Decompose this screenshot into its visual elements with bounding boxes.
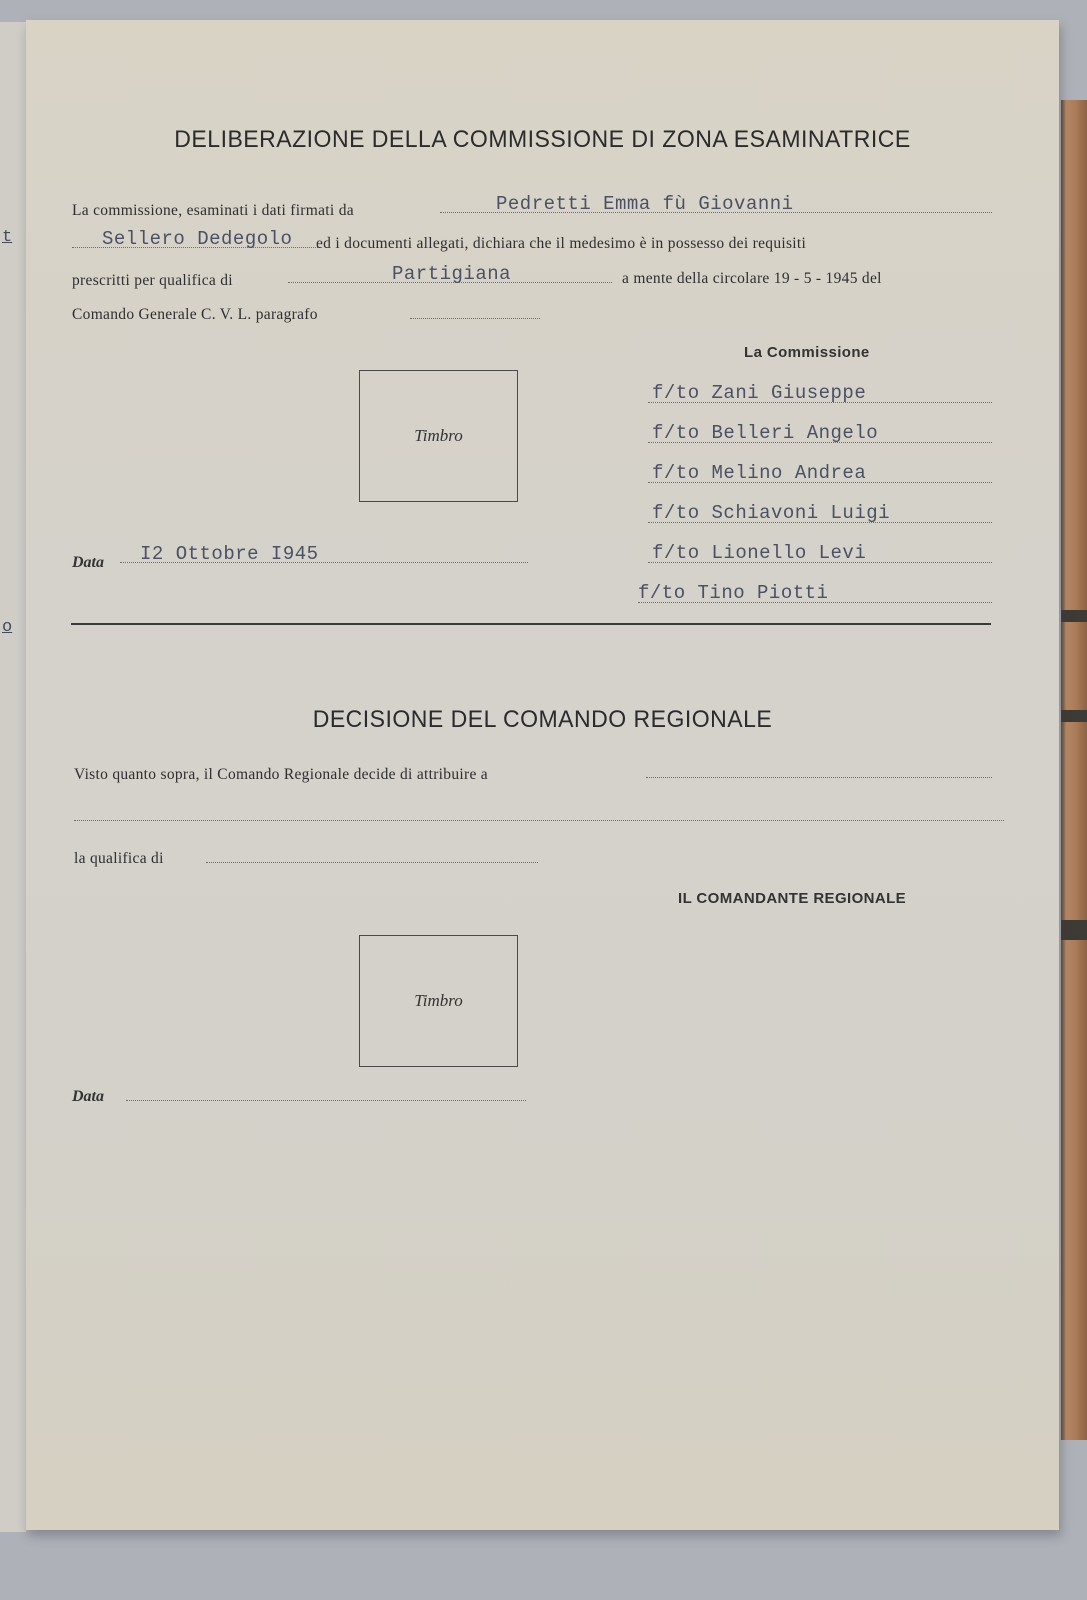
stamp-box-2: Timbro (359, 935, 518, 1067)
section1-line4-label: Comando Generale C. V. L. paragrafo (72, 306, 318, 324)
section1-title: DELIBERAZIONE DELLA COMMISSIONE DI ZONA … (47, 126, 1039, 154)
signature-line[interactable]: f/to Schiavoni Luigi (648, 500, 992, 523)
section2-title: DECISIONE DEL COMANDO REGIONALE (47, 706, 1039, 734)
section1-line3-label: prescritti per qualifica di (72, 272, 233, 290)
signature-line[interactable]: f/to Lionello Levi (648, 540, 992, 563)
signature-value: f/to Tino Piotti (638, 582, 828, 604)
signature-line[interactable]: f/to Melino Andrea (648, 460, 992, 483)
signature-value: f/to Belleri Angelo (652, 422, 878, 444)
assignee-field-line2[interactable] (74, 800, 1004, 821)
paragraph-field[interactable] (410, 298, 540, 319)
section1-line3-suffix: a mente della circolare 19 - 5 - 1945 de… (622, 270, 882, 288)
applicant-name-value: Pedretti Emma fù Giovanni (496, 193, 794, 215)
document-page: DELIBERAZIONE DELLA COMMISSIONE DI ZONA … (26, 20, 1059, 1530)
section2-date-label: Data (72, 1088, 104, 1106)
date-value: I2 Ottobre I945 (140, 543, 319, 565)
stamp-label: Timbro (414, 991, 463, 1011)
section1-line1-label: La commissione, esaminati i dati firmati… (72, 202, 354, 220)
section2-qualification-field[interactable] (206, 842, 538, 863)
margin-fragment: t (2, 228, 12, 247)
signature-line[interactable]: f/to Belleri Angelo (648, 420, 992, 443)
applicant-place-value: Sellero Dedegolo (102, 228, 292, 250)
section-divider (71, 623, 991, 625)
commander-heading: IL COMANDANTE REGIONALE (678, 890, 906, 907)
section2-date-field[interactable] (126, 1080, 526, 1101)
applicant-name-field[interactable]: Pedretti Emma fù Giovanni (440, 192, 992, 213)
adjacent-page-edge: t o (0, 22, 27, 1532)
date-label: Data (72, 554, 104, 572)
qualification-field[interactable]: Partigiana (288, 262, 612, 283)
date-field[interactable]: I2 Ottobre I945 (120, 542, 528, 563)
signature-line[interactable]: f/to Zani Giuseppe (648, 380, 992, 403)
signature-line[interactable]: f/to Tino Piotti (638, 580, 992, 603)
section2-line1-label: Visto quanto sopra, il Comando Regionale… (74, 766, 488, 784)
qualification-value: Partigiana (392, 263, 511, 285)
signature-value: f/to Lionello Levi (652, 542, 866, 564)
folder-edge (1061, 100, 1087, 1440)
stamp-label: Timbro (414, 426, 463, 446)
applicant-place-field[interactable]: Sellero Dedegolo (72, 227, 320, 248)
section2-qualification-label: la qualifica di (74, 850, 164, 868)
assignee-field[interactable] (646, 757, 992, 778)
margin-fragment: o (2, 618, 12, 637)
signature-value: f/to Schiavoni Luigi (652, 502, 890, 524)
section1-line2-text: ed i documenti allegati, dichiara che il… (316, 235, 806, 253)
commission-heading: La Commissione (744, 344, 870, 361)
stamp-box-1: Timbro (359, 370, 518, 502)
signature-value: f/to Melino Andrea (652, 462, 866, 484)
signature-value: f/to Zani Giuseppe (652, 382, 866, 404)
